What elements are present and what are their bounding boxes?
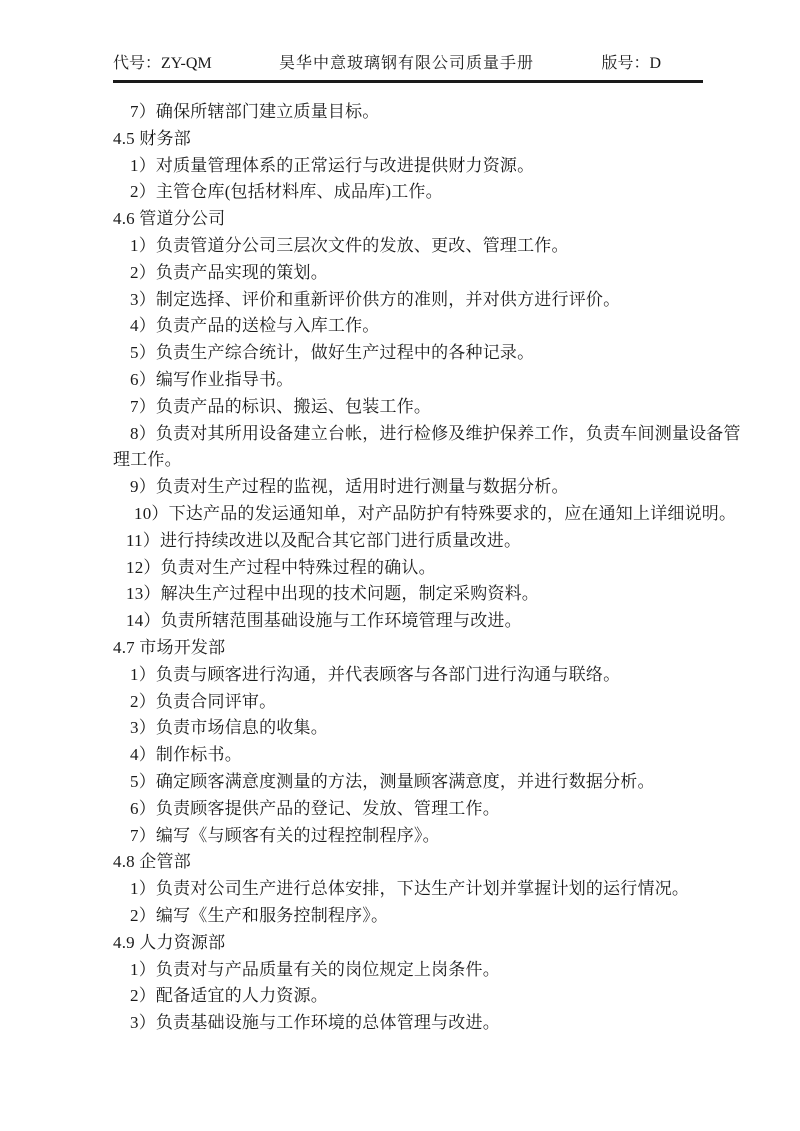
document-line: 7）编写《与顾客有关的过程控制程序》。 [113,823,753,850]
document-line: 14）负责所辖范围基础设施与工作环境管理与改进。 [113,608,753,635]
document-line: 11）进行持续改进以及配合其它部门进行质量改进。 [113,528,753,555]
document-line: 3）制定选择、评价和重新评价供方的准则，并对供方进行评价。 [113,287,753,314]
document-line: 1）负责与顾客进行沟通，并代表顾客与各部门进行沟通与联络。 [113,662,753,689]
document-line: 5）负责生产综合统计，做好生产过程中的各种记录。 [113,340,753,367]
document-line: 3）负责市场信息的收集。 [113,715,753,742]
document-line: 1）负责对公司生产进行总体安排，下达生产计划并掌握计划的运行情况。 [113,876,753,903]
document-line: 1）负责对与产品质量有关的岗位规定上岗条件。 [113,957,753,984]
document-title: 昊华中意玻璃钢有限公司质量手册 [279,50,534,73]
document-line: 2）配备适宜的人力资源。 [113,983,753,1010]
page-header: 代号：ZY-QM 昊华中意玻璃钢有限公司质量手册 版号：D [113,50,703,83]
document-line: 理工作。 [113,447,753,474]
document-line: 2）负责产品实现的策划。 [113,260,753,287]
document-line: 10）下达产品的发运通知单，对产品防护有特殊要求的，应在通知上详细说明。 [113,501,753,528]
document-line: 9）负责对生产过程的监视，适用时进行测量与数据分析。 [113,474,753,501]
document-line: 6）编写作业指导书。 [113,367,753,394]
document-line: 2）编写《生产和服务控制程序》。 [113,903,753,930]
document-line: 4.8 企管部 [113,849,753,876]
document-body: 7）确保所辖部门建立质量目标。4.5 财务部1）对质量管理体系的正常运行与改进提… [113,99,753,1037]
document-line: 3）负责基础设施与工作环境的总体管理与改进。 [113,1010,753,1037]
document-line: 1）负责管道分公司三层次文件的发放、更改、管理工作。 [113,233,753,260]
document-line: 2）主管仓库(包括材料库、成品库)工作。 [113,179,753,206]
document-version: 版号：D [601,50,703,73]
document-line: 2）负责合同评审。 [113,689,753,716]
document-line: 13）解决生产过程中出现的技术问题，制定采购资料。 [113,581,753,608]
document-line: 8）负责对其所用设备建立台帐，进行检修及维护保养工作，负责车间测量设备管 [113,421,753,448]
document-line: 4）负责产品的送检与入库工作。 [113,313,753,340]
document-line: 7）确保所辖部门建立质量目标。 [113,99,753,126]
document-page: 代号：ZY-QM 昊华中意玻璃钢有限公司质量手册 版号：D 7）确保所辖部门建立… [0,0,800,1131]
document-line: 4.7 市场开发部 [113,635,753,662]
document-line: 1）对质量管理体系的正常运行与改进提供财力资源。 [113,153,753,180]
document-code: 代号：ZY-QM [113,50,212,73]
document-line: 4.9 人力资源部 [113,930,753,957]
document-line: 12）负责对生产过程中特殊过程的确认。 [113,555,753,582]
document-line: 4.5 财务部 [113,126,753,153]
document-line: 5）确定顾客满意度测量的方法，测量顾客满意度，并进行数据分析。 [113,769,753,796]
document-line: 7）负责产品的标识、搬运、包装工作。 [113,394,753,421]
document-line: 6）负责顾客提供产品的登记、发放、管理工作。 [113,796,753,823]
document-line: 4）制作标书。 [113,742,753,769]
document-line: 4.6 管道分公司 [113,206,753,233]
